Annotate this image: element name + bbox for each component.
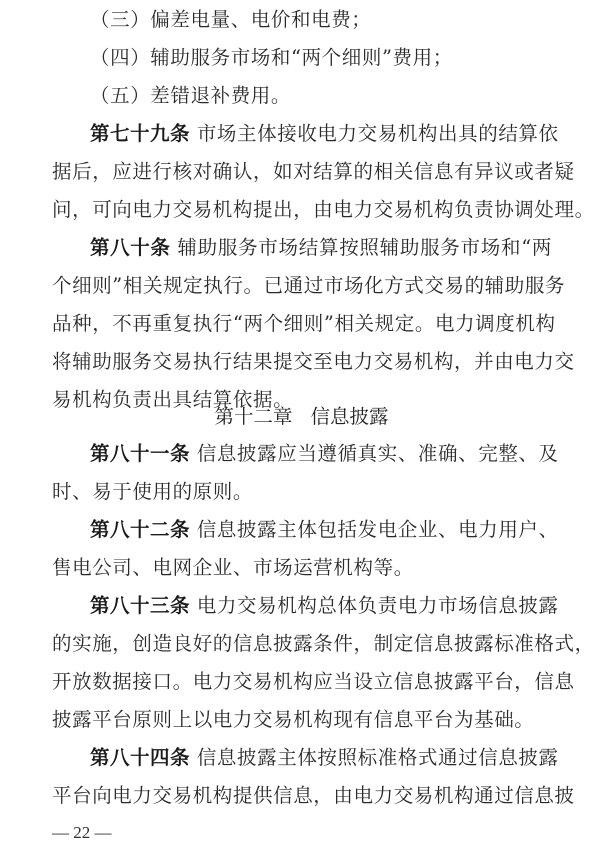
article-80-line: 品种，不再重复执行“两个细则”相关规定。电力调度机构 bbox=[52, 312, 552, 336]
article-83-text: 电力交易机构总体负责电力市场信息披露 bbox=[197, 594, 559, 617]
chapter-title: 信息披露 bbox=[311, 405, 389, 428]
article-84-label: 第八十四条 bbox=[90, 746, 190, 769]
page-number: — 22 — bbox=[52, 822, 112, 844]
article-83-line: 开放数据接口。电力交易机构应当设立信息披露平台，信息 bbox=[52, 670, 552, 694]
article-82-first-line: 第八十二条 信息披露主体包括发电企业、电力用户、 bbox=[90, 518, 552, 542]
article-83-line: 披露平台原则上以电力交易机构现有信息平台为基础。 bbox=[52, 708, 552, 732]
chapter-number: 第十二章 bbox=[214, 405, 292, 428]
article-79-text: 市场主体接收电力交易机构出具的结算依 bbox=[197, 122, 559, 145]
list-item-3: （三）偏差电量、电价和电费； bbox=[90, 8, 590, 32]
article-79-label: 第七十九条 bbox=[90, 122, 190, 145]
list-item-5: （五）差错退补费用。 bbox=[90, 84, 590, 108]
article-79-line: 据后，应进行核对确认，如对结算的相关信息有异议或者疑 bbox=[52, 160, 552, 184]
article-80-text: 辅助服务市场结算按照辅助服务市场和“两 bbox=[177, 236, 552, 259]
article-82-text: 信息披露主体包括发电企业、电力用户、 bbox=[197, 518, 559, 541]
chapter-heading: 第十二章信息披露 bbox=[0, 405, 603, 429]
article-82-label: 第八十二条 bbox=[90, 518, 190, 541]
article-79-line: 问，可向电力交易机构提出，由电力交易机构负责协调处理。 bbox=[52, 198, 552, 222]
article-79-first-line: 第七十九条 市场主体接收电力交易机构出具的结算依 bbox=[90, 122, 552, 146]
article-81-line: 时、易于使用的原则。 bbox=[52, 480, 552, 504]
article-84-first-line: 第八十四条 信息披露主体按照标准格式通过信息披露 bbox=[90, 746, 552, 770]
list-item-4: （四）辅助服务市场和“两个细则”费用； bbox=[90, 46, 590, 70]
article-82-line: 售电公司、电网企业、市场运营机构等。 bbox=[52, 556, 552, 580]
article-80-first-line: 第八十条 辅助服务市场结算按照辅助服务市场和“两 bbox=[90, 236, 552, 260]
article-80-label: 第八十条 bbox=[90, 236, 171, 259]
document-page: （三）偏差电量、电价和电费； （四）辅助服务市场和“两个细则”费用； （五）差错… bbox=[0, 0, 603, 857]
article-81-label: 第八十一条 bbox=[90, 442, 190, 465]
article-81-first-line: 第八十一条 信息披露应当遵循真实、准确、完整、及 bbox=[90, 442, 552, 466]
article-81-text: 信息披露应当遵循真实、准确、完整、及 bbox=[197, 442, 559, 465]
article-83-first-line: 第八十三条 电力交易机构总体负责电力市场信息披露 bbox=[90, 594, 552, 618]
article-84-line: 平台向电力交易机构提供信息，由电力交易机构通过信息披 bbox=[52, 784, 552, 808]
article-80-line: 将辅助服务交易执行结果提交至电力交易机构，并由电力交 bbox=[52, 350, 552, 374]
article-83-line: 的实施，创造良好的信息披露条件，制定信息披露标准格式， bbox=[52, 632, 552, 656]
article-83-label: 第八十三条 bbox=[90, 594, 190, 617]
article-80-line: 个细则”相关规定执行。已通过市场化方式交易的辅助服务 bbox=[52, 274, 552, 298]
article-84-text: 信息披露主体按照标准格式通过信息披露 bbox=[197, 746, 559, 769]
